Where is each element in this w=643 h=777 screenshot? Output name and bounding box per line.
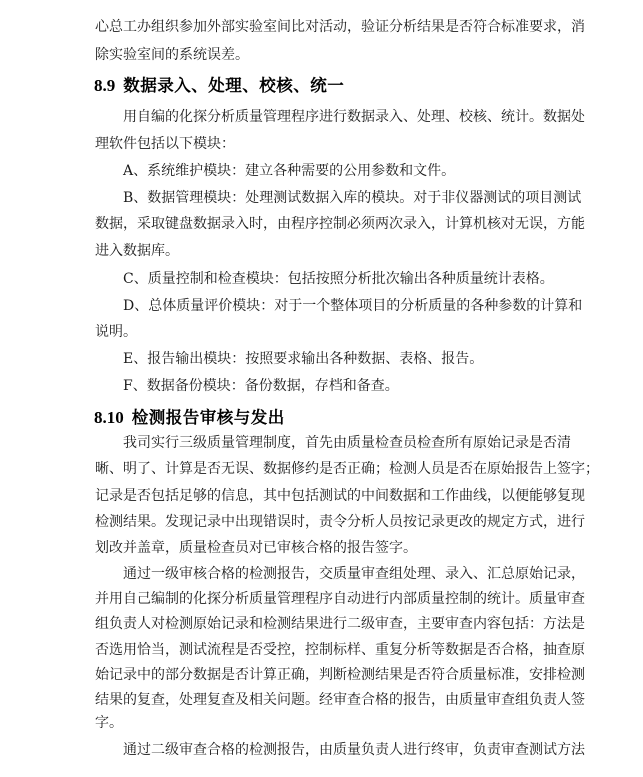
section-number: 8.9 xyxy=(94,76,115,95)
list-item-f: F、数据备份模块：备份数据，存档和备查。 xyxy=(123,377,547,395)
paragraph-line: 进入数据库。 xyxy=(95,242,547,260)
paragraph-line: 通过二级审查合格的检测报告，由质量负责人进行终审，负责审查测试方法 xyxy=(123,741,547,759)
paragraph-line: 心总工办组织参加外部实验室间比对活动，验证分析结果是否符合标准要求，消 xyxy=(95,18,547,36)
section-heading-8-10: 8.10检测报告审核与发出 xyxy=(94,408,285,428)
paragraph-line: 数据，采取键盘数据录入时，由程序控制必须两次录入，计算机核对无误，方能 xyxy=(95,215,547,233)
list-item-d: D、总体质量评价模块：对于一个整体项目的分析质量的各种参数的计算和 xyxy=(123,297,547,315)
paragraph-line: 说明。 xyxy=(95,323,547,341)
paragraph-line: 记录是否包括足够的信息，其中包括测试的中间数据和工作曲线，以便能够复现 xyxy=(95,487,547,505)
paragraph-line: 结果的复查，处理复查及相关问题。经审查合格的报告，由质量审查组负责人签 xyxy=(95,691,547,709)
paragraph-line: 检测结果。发现记录中出现错误时，责令分析人员按记录更改的规定方式，进行 xyxy=(95,513,547,531)
list-item-b: B、数据管理模块：处理测试数据入库的模块。对于非仪器测试的项目测试 xyxy=(123,189,547,207)
section-number: 8.10 xyxy=(94,408,124,427)
paragraph-line: 并用自己编制的化探分析质量管理程序自动进行内部质量控制的统计。质量审查 xyxy=(95,590,547,608)
list-item-e: E、报告输出模块：按照要求输出各种数据、表格、报告。 xyxy=(123,350,547,368)
section-title: 检测报告审核与发出 xyxy=(132,408,285,427)
paragraph-line: 我司实行三级质量管理制度，首先由质量检查员检查所有原始记录是否清 xyxy=(123,434,547,452)
paragraph-line: 用自编的化探分析质量管理程序进行数据录入、处理、校核、统计。数据处 xyxy=(123,108,547,126)
paragraph-line: 始记录中的部分数据是否计算正确，判断检测结果是否符合质量标准，安排检测 xyxy=(95,666,547,684)
paragraph-line: 除实验室间的系统误差。 xyxy=(95,46,547,64)
section-heading-8-9: 8.9数据录入、处理、校核、统一 xyxy=(94,76,344,96)
paragraph-line: 否选用恰当，测试流程是否受控，控制标样、重复分析等数据是否合格，抽查原 xyxy=(95,641,547,659)
paragraph-line: 晰、明了、计算是否无误、数据修约是否正确；检测人员是否在原始报告上签字； xyxy=(95,460,547,478)
list-item-c: C、质量控制和检查模块：包括按照分析批次输出各种质量统计表格。 xyxy=(123,270,547,288)
paragraph-line: 划改并盖章，质量检查员对已审核合格的报告签字。 xyxy=(95,539,547,557)
paragraph-line: 字。 xyxy=(95,714,547,732)
paragraph-line: 通过一级审核合格的检测报告，交质量审查组处理、录入、汇总原始记录， xyxy=(123,565,547,583)
list-item-a: A、系统维护模块：建立各种需要的公用参数和文件。 xyxy=(123,162,547,180)
section-title: 数据录入、处理、校核、统一 xyxy=(123,76,344,95)
paragraph-line: 理软件包括以下模块： xyxy=(95,135,547,153)
paragraph-line: 组负责人对检测原始记录和检测结果进行二级审查，主要审查内容包括：方法是 xyxy=(95,615,547,633)
